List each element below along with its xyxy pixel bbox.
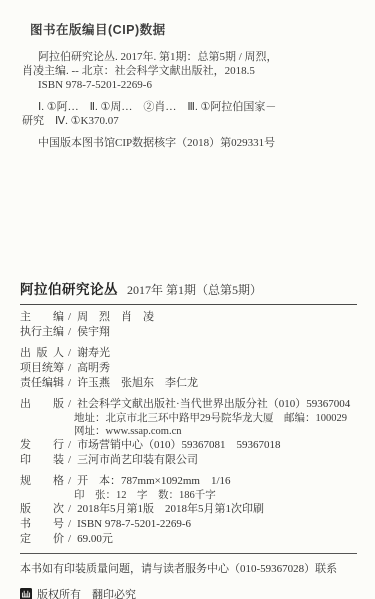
row-value: 69.00元 (77, 533, 113, 545)
row-project-coordinator: 项目统筹/高明秀 (20, 361, 357, 376)
row-separator: / (68, 439, 71, 451)
row-value: 三河市尚艺印装有限公司 (77, 454, 198, 466)
row-chief-editor: 主编/周 烈 肖 凌 (20, 310, 357, 325)
row-printing: 印装/三河市尚艺印装有限公司 (20, 453, 357, 468)
row-label: 发行 (20, 438, 64, 453)
publishing-group: 出版/社会科学文献出版社·当代世界出版分社（010）59367004 地址：北京… (20, 397, 357, 468)
row-label: 项目统筹 (20, 361, 64, 376)
row-separator: / (68, 454, 71, 466)
copyright-row: 版权所有 翻印必究 (20, 586, 357, 599)
row-label: 版次 (20, 502, 64, 517)
footer-divider (20, 553, 357, 554)
row-distribution: 发行/市场营销中心（010）59367081 59367018 (20, 438, 357, 453)
issue-info: 2017年 第1期（总第5期） (127, 283, 262, 297)
quality-note: 本书如有印装质量问题，请与读者服务中心（010-59367028）联系 (20, 562, 357, 577)
row-label: 责任编辑 (20, 376, 64, 391)
row-responsible-editors: 责任编辑/许玉燕 张旭东 李仁龙 (20, 376, 357, 391)
publisher-website: 网址：www.ssap.com.cn (20, 425, 357, 438)
row-value: 开 本：787mm×1092mm 1/16 (77, 475, 230, 487)
row-separator: / (68, 475, 71, 487)
row-value: 周 烈 肖 凌 (77, 311, 154, 323)
row-separator: / (68, 326, 71, 338)
row-separator: / (68, 533, 71, 545)
row-label: 出版 (20, 397, 64, 412)
book-copyright-page: 图书在版编目(CIP)数据 阿拉伯研究论丛. 2017年. 第1期：总第5期 /… (0, 0, 375, 599)
row-value: ISBN 978-7-5201-2269-6 (77, 518, 191, 530)
row-separator: / (68, 311, 71, 323)
cip-section: 图书在版编目(CIP)数据 阿拉伯研究论丛. 2017年. 第1期：总第5期 /… (0, 0, 375, 150)
row-edition: 版次/2018年5月第1版 2018年5月第1次印刷 (20, 502, 357, 517)
staff-group: 出版人/谢寿光 项目统筹/高明秀 责任编辑/许玉燕 张旭东 李仁龙 (20, 346, 357, 391)
cip-record-line1: 阿拉伯研究论丛. 2017年. 第1期：总第5期 / 周烈， (22, 50, 357, 64)
row-label: 出版人 (20, 346, 64, 361)
row-label: 规格 (20, 474, 64, 489)
row-value: 高明秀 (77, 362, 110, 374)
row-publisher-person: 出版人/谢寿光 (20, 346, 357, 361)
row-value: 侯宇翔 (77, 326, 110, 338)
row-separator: / (68, 377, 71, 389)
row-label: 印装 (20, 453, 64, 468)
row-value: 谢寿光 (77, 347, 110, 359)
row-isbn: 书号/ISBN 978-7-5201-2269-6 (20, 517, 357, 532)
row-separator: / (68, 362, 71, 374)
row-value: 社会科学文献出版社·当代世界出版分社（010）59367004 (77, 398, 350, 410)
row-label: 主编 (20, 310, 64, 325)
cip-class-line2: 研究 Ⅳ. ①K370.07 (22, 114, 357, 128)
book-title: 阿拉伯研究论丛 (20, 282, 118, 297)
row-separator: / (68, 518, 71, 530)
row-format: 规格/开 本：787mm×1092mm 1/16 (20, 474, 357, 489)
cip-isbn: ISBN 978-7-5201-2269-6 (22, 78, 357, 92)
row-label: 书号 (20, 517, 64, 532)
row-value: 2018年5月第1版 2018年5月第1次印刷 (77, 503, 264, 515)
cip-record: 阿拉伯研究论丛. 2017年. 第1期：总第5期 / 周烈， 肖凌主编. -- … (22, 50, 357, 92)
row-separator: / (68, 503, 71, 515)
row-price: 定价/69.00元 (20, 532, 357, 547)
row-separator: / (68, 347, 71, 359)
row-executive-editor: 执行主编/侯宇翔 (20, 325, 357, 340)
publisher-logo-icon (20, 588, 32, 599)
row-separator: / (68, 398, 71, 410)
cip-registry-number: 中国版本图书馆CIP数据核字（2018）第029331号 (22, 136, 357, 150)
cip-class-line1: Ⅰ. ①阿… Ⅱ. ①周… ②肖… Ⅲ. ①阿拉伯国家－ (22, 100, 357, 114)
editors-group: 主编/周 烈 肖 凌 执行主编/侯宇翔 (20, 310, 357, 340)
publisher-address: 地址：北京市北三环中路甲29号院华龙大厦 邮编：100029 (20, 412, 357, 425)
row-publisher: 出版/社会科学文献出版社·当代世界出版分社（010）59367004 (20, 397, 357, 412)
title-row: 阿拉伯研究论丛2017年 第1期（总第5期） (20, 278, 357, 305)
row-value: 许玉燕 张旭东 李仁龙 (77, 377, 198, 389)
format-sheets: 印 张：12 字 数：186千字 (20, 489, 357, 502)
row-label: 定价 (20, 532, 64, 547)
cip-heading: 图书在版编目(CIP)数据 (30, 20, 357, 38)
copyright-text: 版权所有 翻印必究 (37, 586, 136, 599)
colophon-section: 阿拉伯研究论丛2017年 第1期（总第5期） 主编/周 烈 肖 凌 执行主编/侯… (0, 278, 375, 599)
row-label: 执行主编 (20, 325, 64, 340)
cip-classification: Ⅰ. ①阿… Ⅱ. ①周… ②肖… Ⅲ. ①阿拉伯国家－ 研究 Ⅳ. ①K370… (22, 100, 357, 128)
row-value: 市场营销中心（010）59367081 59367018 (77, 439, 281, 451)
cip-record-line2: 肖凌主编. -- 北京：社会科学文献出版社，2018.5 (22, 64, 357, 78)
specs-group: 规格/开 本：787mm×1092mm 1/16 印 张：12 字 数：186千… (20, 474, 357, 547)
